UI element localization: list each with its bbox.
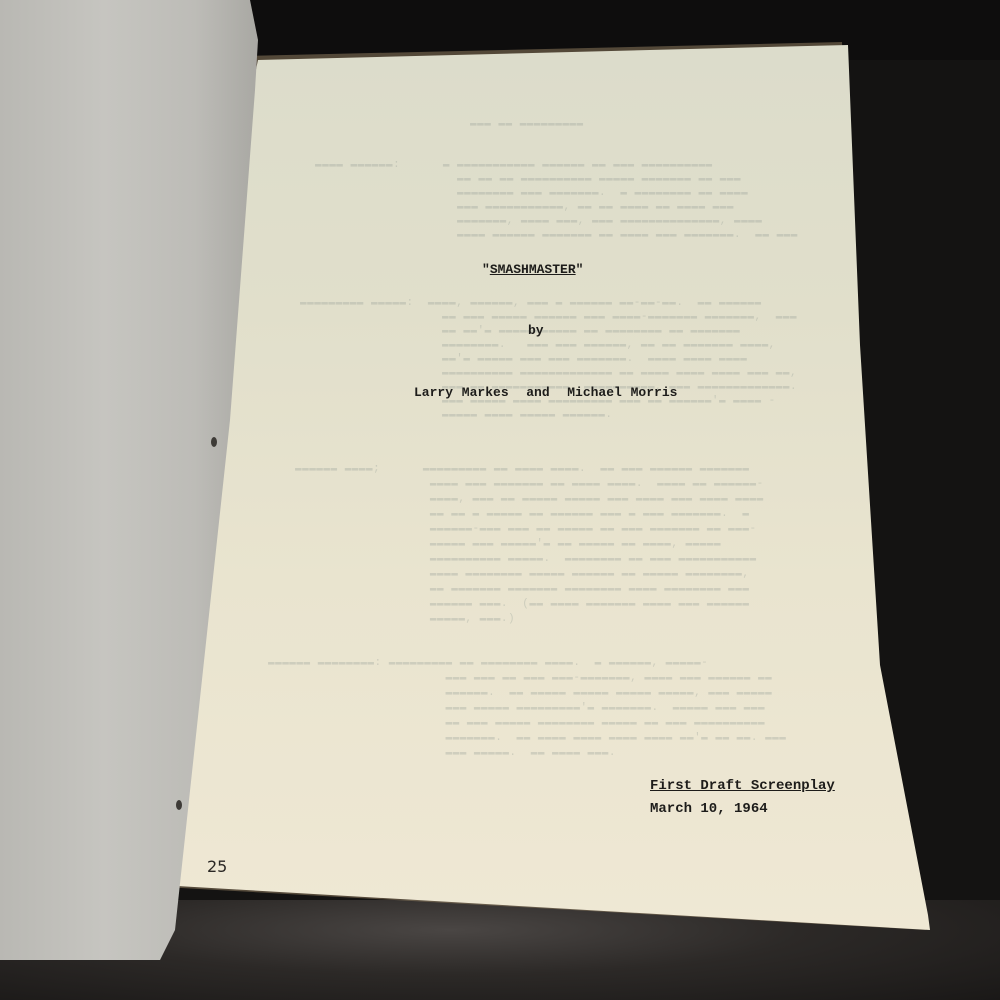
screenplay-title: "SMASHMASTER" bbox=[482, 262, 583, 277]
authors: Larry Markes and Michael Morris bbox=[414, 385, 677, 400]
binding-hole bbox=[176, 800, 182, 810]
draft-date: March 10, 1964 bbox=[650, 801, 768, 817]
bleed-through-text: ▬▬▬▬▬▬ ▬▬▬▬; ▬▬▬▬▬▬▬▬▬ ▬▬ ▬▬▬▬ ▬▬▬▬. ▬▬ … bbox=[295, 462, 764, 627]
byline: by bbox=[528, 323, 544, 338]
draft-label: First Draft Screenplay bbox=[650, 778, 835, 794]
title-open-quote: " bbox=[482, 262, 490, 277]
bleed-through-text: ▬▬▬ ▬▬ ▬▬▬▬▬▬▬▬▬ bbox=[470, 118, 584, 130]
bleed-through-text: ▬▬▬▬▬▬▬▬▬ ▬▬▬▬▬: ▬▬▬▬, ▬▬▬▬▬▬, ▬▬▬ ▬ ▬▬▬… bbox=[300, 296, 797, 422]
bleed-through-text: ▬▬▬▬ ▬▬▬▬▬▬: ▬ ▬▬▬▬▬▬▬▬▬▬▬ ▬▬▬▬▬▬ ▬▬ ▬▬▬… bbox=[315, 158, 798, 242]
handwritten-page-number: 25 bbox=[207, 857, 227, 876]
title-close-quote: " bbox=[576, 262, 584, 277]
bleed-through-text: ▬▬▬▬▬▬ ▬▬▬▬▬▬▬▬: ▬▬▬▬▬▬▬▬▬ ▬▬ ▬▬▬▬▬▬▬▬ ▬… bbox=[268, 656, 786, 761]
title-text: SMASHMASTER bbox=[490, 262, 576, 277]
binding-hole bbox=[211, 437, 217, 447]
